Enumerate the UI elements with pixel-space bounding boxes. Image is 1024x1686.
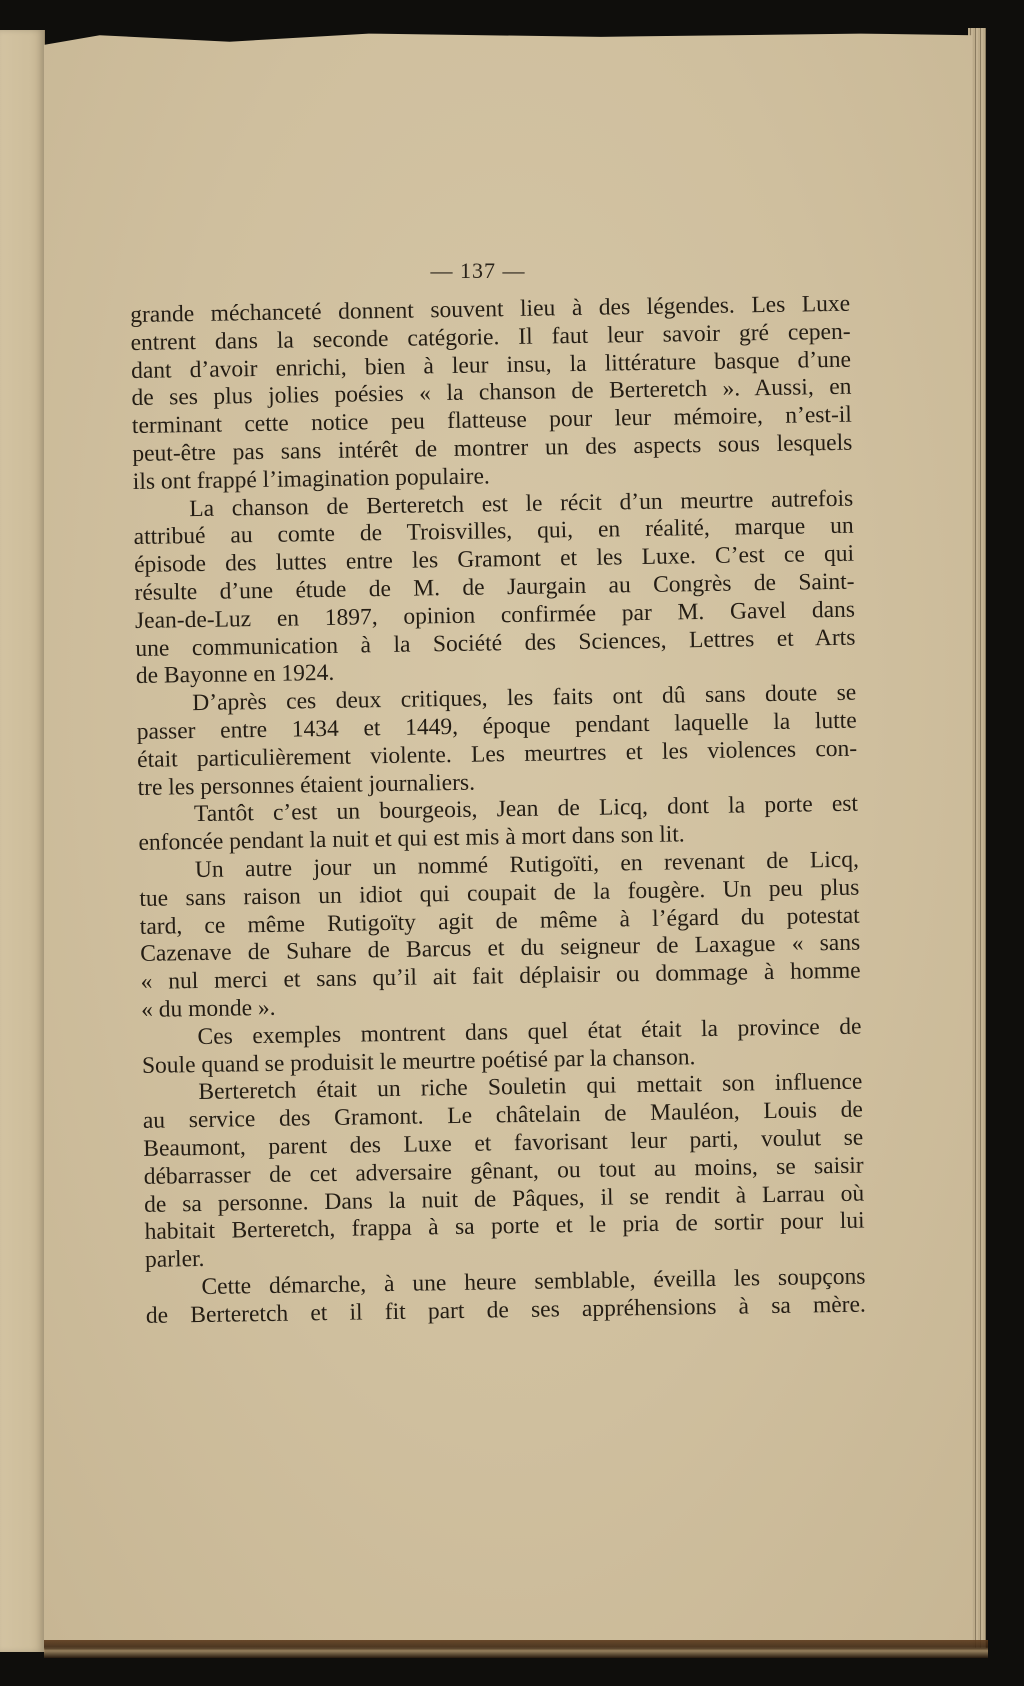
page-number: — 137 — — [14, 258, 942, 284]
paragraph: grande méchanceté donnent souvent lieu à… — [130, 291, 853, 497]
paragraph: Cette démarche, à une heure semblable, é… — [145, 1263, 866, 1330]
body-text: grande méchanceté donnent souvent lieu à… — [130, 291, 866, 1331]
paragraph: La chanson de Berteretch est le récit d’… — [133, 485, 856, 691]
paragraph: Berteretch était un riche Souletin qui m… — [142, 1069, 865, 1275]
book-page: — 137 — grande méchanceté donnent souven… — [44, 32, 972, 1648]
paragraph: Un autre jour un nommé Rutigoïti, en rev… — [139, 847, 862, 1025]
damaged-bottom-edge — [44, 1640, 988, 1658]
paragraph: D’après ces deux critiques, les faits on… — [136, 680, 858, 802]
previous-page-edge — [0, 30, 45, 1652]
